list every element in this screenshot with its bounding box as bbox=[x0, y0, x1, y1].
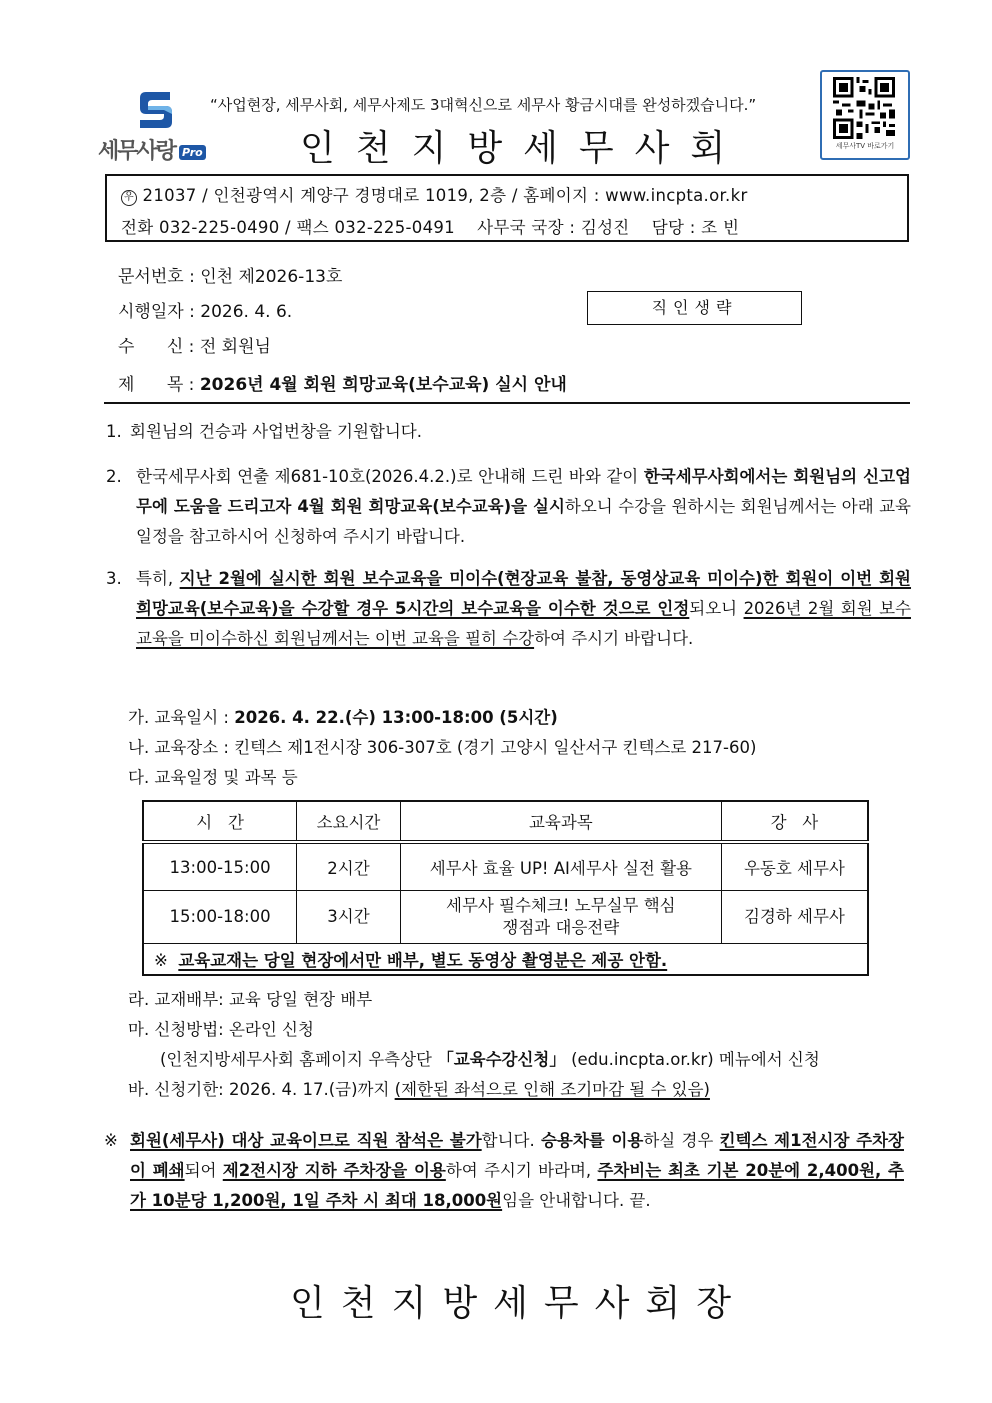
item-apply-method: 마. 신청방법: 온라인 신청 bbox=[128, 1016, 314, 1040]
item-apply-detail: (인천지방세무사회 홈페이지 우측상단 「교육수강신청」 (edu.incpta… bbox=[160, 1046, 820, 1070]
slogan: “사업현장, 세무사회, 세무사제도 3대혁신으로 세무사 황금시대를 완성하겠… bbox=[210, 94, 756, 115]
subject: 제 목 : 2026년 4월 회원 희망교육(보수교육) 실시 안내 bbox=[118, 370, 567, 395]
logo-s-icon bbox=[138, 88, 176, 128]
schedule-table: 시 간 소요시간 교육과목 강 사 13:00-15:00 2시간 세무사 효율… bbox=[142, 800, 869, 976]
final-note: ※ 회원(세무사) 대상 교육이므로 직원 참석은 불가합니다. 승용차를 이용… bbox=[104, 1126, 904, 1216]
item-deadline: 바. 신청기한: 2026. 4. 17.(금)까지 (제한된 좌석으로 인해 … bbox=[128, 1076, 710, 1100]
contact-line: 전화 032-225-0490 / 팩스 032-225-0491 사무국 국장… bbox=[121, 214, 739, 238]
seal-omitted-box: 직인생략 bbox=[587, 291, 802, 325]
item-materials: 라. 교재배부: 교육 당일 현장 배부 bbox=[128, 986, 372, 1010]
table-note-row: ※ 교육교재는 당일 현장에서만 배부, 별도 동영상 촬영분은 제공 안함. bbox=[143, 944, 868, 976]
paragraph-3: 3. 특히, 지난 2월에 실시한 회원 보수교육을 미이수(현장교육 불참, … bbox=[106, 564, 911, 654]
recipient: 수 신 : 전 회원님 bbox=[118, 332, 271, 357]
item-schedule-title: 다. 교육일정 및 과목 등 bbox=[128, 764, 298, 788]
cell-time: 15:00-18:00 bbox=[143, 891, 297, 944]
cell-duration: 2시간 bbox=[297, 842, 401, 891]
item-venue: 나. 교육장소 : 킨텍스 제1전시장 306-307호 (경기 고양시 일산서… bbox=[128, 734, 756, 758]
col-header-lecturer: 강 사 bbox=[721, 801, 868, 842]
signature-title: 인천지방세무사회장 bbox=[290, 1275, 747, 1326]
header-divider bbox=[104, 402, 910, 404]
col-header-duration: 소요시간 bbox=[297, 801, 401, 842]
cell-lecturer: 우동호 세무사 bbox=[721, 842, 868, 891]
apply-menu-link[interactable]: 「교육수강신청」 bbox=[437, 1050, 566, 1069]
subject-text: 2026년 4월 회원 희망교육(보수교육) 실시 안내 bbox=[200, 375, 567, 395]
cell-time: 13:00-15:00 bbox=[143, 842, 297, 891]
doc-number: 문서번호 : 인천 제2026-13호 bbox=[118, 262, 342, 287]
logo-pro-badge: Pro bbox=[179, 145, 206, 160]
cell-lecturer: 김경하 세무사 bbox=[721, 891, 868, 944]
item-schedule-date: 가. 교육일시 : 2026. 4. 22.(수) 13:00-18:00 (5… bbox=[128, 704, 558, 728]
issue-date: 시행일자 : 2026. 4. 6. bbox=[118, 297, 292, 322]
org-title: 인천지방세무사회 bbox=[300, 120, 746, 171]
cell-subject: 세무사 필수체크! 노무실무 핵심쟁점과 대응전략 bbox=[400, 891, 721, 944]
table-row: 13:00-15:00 2시간 세무사 효율 UP! AI세무사 실전 활용 우… bbox=[143, 842, 868, 891]
logo: 세무사랑Pro bbox=[98, 88, 218, 163]
address-text: 21037 / 인천광역시 계양구 경명대로 1019, 2층 / 홈페이지 :… bbox=[143, 186, 748, 205]
qr-code-link[interactable]: 세무사TV 바로가기 bbox=[820, 70, 910, 160]
paragraph-2: 2. 한국세무사회 연출 제681-10호(2026.4.2.)로 안내해 드린… bbox=[106, 462, 911, 552]
cell-subject: 세무사 효율 UP! AI세무사 실전 활용 bbox=[400, 842, 721, 891]
qr-label: 세무사TV 바로가기 bbox=[822, 141, 908, 151]
table-note-text: 교육교재는 당일 현장에서만 배부, 별도 동영상 촬영분은 제공 안함. bbox=[178, 951, 667, 970]
logo-text: 세무사랑Pro bbox=[98, 134, 206, 165]
address-line: 우 21037 / 인천광역시 계양구 경명대로 1019, 2층 / 홈페이지… bbox=[121, 182, 748, 206]
reference-mark-icon: ※ bbox=[104, 1126, 118, 1156]
contact-info-box: 우 21037 / 인천광역시 계양구 경명대로 1019, 2층 / 홈페이지… bbox=[105, 174, 909, 242]
reference-mark-icon: ※ bbox=[154, 951, 168, 970]
paragraph-1: 1. 회원님의 건승과 사업번창을 기원합니다. bbox=[106, 417, 911, 447]
col-header-time: 시 간 bbox=[143, 801, 297, 842]
col-header-subject: 교육과목 bbox=[400, 801, 721, 842]
postal-code-icon: 우 bbox=[121, 190, 137, 206]
cell-duration: 3시간 bbox=[297, 891, 401, 944]
qr-code-icon bbox=[830, 77, 898, 139]
table-row: 15:00-18:00 3시간 세무사 필수체크! 노무실무 핵심쟁점과 대응전… bbox=[143, 891, 868, 944]
